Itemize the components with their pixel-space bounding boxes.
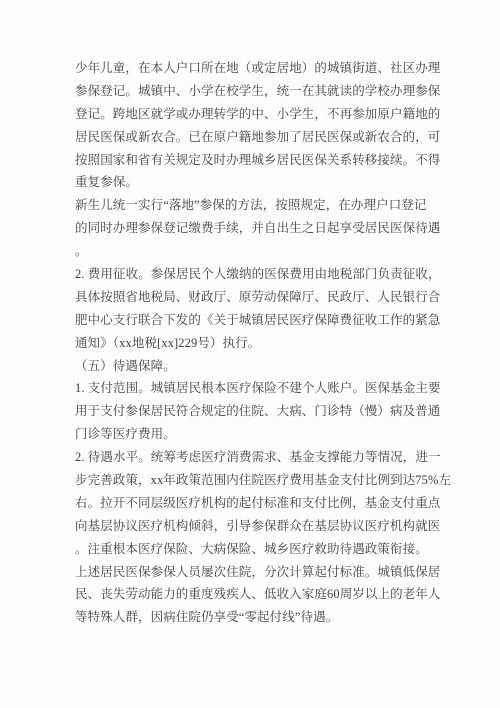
text-line: 2. 待遇水平。统筹考虑医疗消费需求、基金支撑能力等情况，进一 [75,446,441,469]
text-line: 民、丧失劳动能力的重度残疾人、低收入家庭60周岁以上的老年人 [75,583,441,606]
text-line: 步完善政策，xx年政策范围内住院医疗费用基金支付比例到达75%左 [75,469,441,492]
text-line: 居民医保或新农合。已在原户籍地参加了居民医保或新农合的，可 [75,126,441,149]
text-line: 门诊等医疗费用。 [75,423,441,446]
text-line: 登记。跨地区就学或办理转学的中、小学生，不再参加原户籍地的 [75,103,441,126]
document-text: 少年儿童，在本人户口所在地（或定居地）的城镇街道、社区办理参保登记。城镇中、小学… [75,57,441,629]
text-line: 少年儿童，在本人户口所在地（或定居地）的城镇街道、社区办理 [75,57,441,80]
text-line: 向基层协议医疗机构倾斜，引导参保群众在基层协议医疗机构就医 [75,515,441,538]
text-line: 肥中心支行联合下发的《关于城镇居民医疗保障费征收工作的紧急 [75,309,441,332]
text-line: 具体按照省地税局、财政厅、原劳动保障厅、民政厅、人民银行合 [75,286,441,309]
text-line: 等特殊人群，因病住院仍享受“零起付线”待遇。 [75,606,441,629]
text-line: 1. 支付范围。城镇居民根本医疗保险不建个人账户。医保基金主要 [75,377,441,400]
text-line: 参保登记。城镇中、小学在校学生，统一在其就读的学校办理参保 [75,80,441,103]
text-line: （五）待遇保障。 [75,355,441,378]
document-page: 少年儿童，在本人户口所在地（或定居地）的城镇街道、社区办理参保登记。城镇中、小学… [0,0,500,708]
text-line: 上述居民医保参保人员屡次住院，分次计算起付标准。城镇低保居 [75,561,441,584]
text-line: 新生儿统一实行“落地”参保的方法，按照规定，在办理户口登记 [75,194,441,217]
text-line: 。 [75,240,441,263]
text-line: 右。拉开不同层级医疗机构的起付标准和支付比例，基金支付重点 [75,492,441,515]
text-line: 按照国家和省有关规定及时办理城乡居民医保关系转移接续。不得 [75,149,441,172]
text-line: 重复参保。 [75,171,441,194]
text-line: 2. 费用征收。参保居民个人缴纳的医保费用由地税部门负责征收， [75,263,441,286]
text-line: 的同时办理参保登记缴费手续，并自出生之日起享受居民医保待遇 [75,217,441,240]
text-line: 用于支付参保居民符合规定的住院、大病、门诊特（慢）病及普通 [75,400,441,423]
text-line: 。注重根本医疗保险、大病保险、城乡医疗救助待遇政策衔接。 [75,538,441,561]
text-line: 通知》（xx地税[xx]229号）执行。 [75,332,441,355]
